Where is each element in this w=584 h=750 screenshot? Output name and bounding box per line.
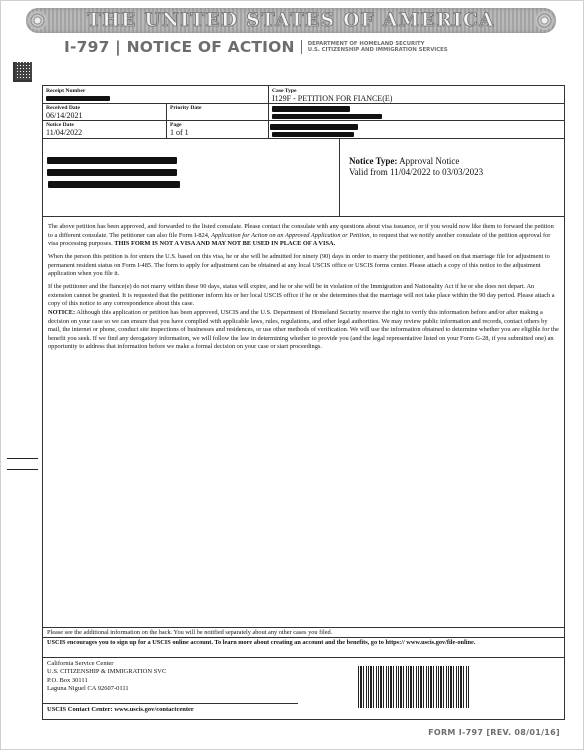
receipt-number-cell: Receipt Number [46, 88, 85, 94]
priority-date-cell: Priority Date [170, 105, 202, 111]
notice-body: The above petition has been approved, an… [48, 223, 559, 352]
form-title-italic: Application for Action on an Approved Ap… [211, 232, 371, 239]
department-line2: U.S. CITIZENSHIP AND IMMIGRATION SERVICE… [308, 47, 448, 53]
form-title: I-797 | NOTICE OF ACTION [64, 38, 295, 56]
department: DEPARTMENT OF HOMELAND SECURITY U.S. CIT… [308, 41, 448, 54]
redacted-address [47, 169, 177, 176]
address-line: P.O. Box 30111 [47, 677, 166, 685]
redacted-address [48, 181, 180, 188]
divider [43, 138, 564, 139]
redacted-receipt-number [46, 96, 110, 101]
address-line: U.S. CITIZENSHIP & IMMIGRATION SVC [47, 668, 166, 676]
notice-date-cell: Notice Date 11/04/2022 [46, 122, 82, 138]
rosette-icon [28, 11, 47, 30]
fold-mark [7, 458, 38, 459]
paragraph-admission: When the person this petition is for ent… [48, 253, 559, 279]
received-date-cell: Received Date 06/14/2021 [46, 105, 82, 121]
priority-date-label: Priority Date [170, 105, 202, 111]
contact-center: USCIS Contact Center: www.uscis.gov/cont… [47, 706, 194, 713]
banner-text: THE UNITED STATES OF AMERICA [87, 10, 495, 31]
datamatrix-code-icon [13, 62, 32, 82]
received-date-value: 06/14/2021 [46, 111, 82, 121]
notice-frame: Receipt Number Case Type I129F - PETITIO… [42, 85, 565, 720]
form-title-row: I-797 | NOTICE OF ACTION DEPARTMENT OF H… [64, 38, 448, 56]
redacted-beneficiary [272, 132, 354, 137]
not-a-visa-warning: THIS FORM IS NOT A VISA AND MAY NOT BE U… [114, 240, 335, 247]
divider [43, 703, 298, 704]
divider [43, 120, 564, 121]
paragraph-marriage: If the petitioner and the fiance(e) do n… [48, 283, 559, 352]
case-type-cell: Case Type I129F - PETITION FOR FIANCE(E) [272, 88, 392, 104]
redacted-beneficiary [270, 124, 358, 130]
divider [339, 138, 340, 216]
text: If the petitioner and the fiance(e) do n… [48, 283, 555, 307]
text: Although this application or petition ha… [48, 309, 559, 350]
paragraph-consulate: The above petition has been approved, an… [48, 223, 559, 249]
form-id: FORM I-797 [REV. 08/01/16] [428, 728, 560, 737]
address-line: Laguna Niguel CA 92607-0111 [47, 685, 166, 693]
divider [268, 86, 269, 138]
banner: THE UNITED STATES OF AMERICA [26, 8, 556, 33]
page-cell: Page 1 of 1 [170, 122, 189, 138]
redacted-address [47, 157, 177, 164]
page-value: 1 of 1 [170, 128, 189, 138]
rosette-icon [535, 11, 554, 30]
case-type-value: I129F - PETITION FOR FIANCE(E) [272, 94, 392, 104]
divider [301, 40, 302, 54]
divider [43, 657, 564, 658]
divider [43, 216, 564, 217]
barcode-icon [358, 666, 470, 708]
fold-mark [7, 469, 38, 470]
notice-date-value: 11/04/2022 [46, 128, 82, 138]
additional-info: Please see the additional information on… [47, 629, 332, 637]
notice-type-label: Notice Type: [349, 156, 397, 166]
service-center-address: California Service Center U.S. CITIZENSH… [47, 660, 166, 694]
notice-type: Notice Type: Approval Notice Valid from … [349, 156, 483, 178]
validity-range: Valid from 11/04/2022 to 03/03/2023 [349, 167, 483, 178]
online-account-note: USCIS encourages you to sign up for a US… [47, 639, 557, 647]
redacted-petitioner [272, 106, 350, 112]
address-line: California Service Center [47, 660, 166, 668]
receipt-number-label: Receipt Number [46, 88, 85, 94]
notice-label: NOTICE: [48, 309, 75, 316]
notice-type-value: Approval Notice [399, 156, 459, 166]
divider [43, 627, 564, 628]
divider [43, 637, 564, 638]
redacted-petitioner [272, 114, 382, 119]
